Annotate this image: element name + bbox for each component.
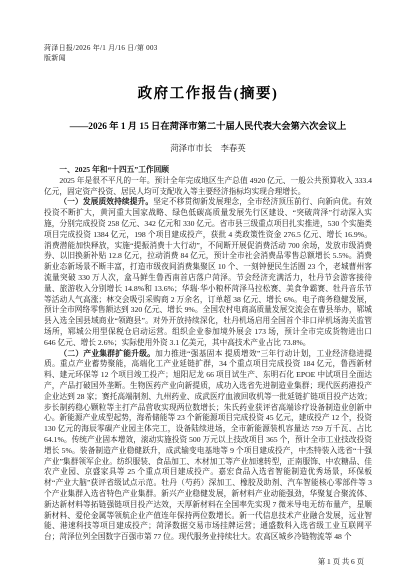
paragraph-lead: （一）发展质效持续提升。 (59, 197, 153, 206)
paragraph-section-1: （一）发展质效持续提升。坚定不移贯彻新发展理念，全市经济顶压前行、向新向优。有效… (44, 197, 372, 348)
report-body: 一、2025 年和“十四五”工作回顾 2025 年是很不平凡的一年。预计全年完成… (44, 165, 372, 543)
report-title: 政府工作报告(摘要) (44, 82, 372, 103)
paragraph-section-2: （二）产业集群扩能升级。加力推进“强基固本 提质增效”三年行动计划，工业经济稳进… (44, 349, 372, 543)
masthead-section-line: 版新闻 (44, 54, 372, 64)
report-subtitle: ——2026 年 1 月 15 日在菏泽市第二十届人民代表大会第六次会议上 (44, 118, 372, 132)
byline: 菏泽市市长 李春英 (44, 142, 372, 154)
section-heading: 一、2025 年和“十四五”工作回顾 (44, 165, 372, 176)
masthead: 菏泽日报/2026 年/1 月/16 日/第 003 版新闻 (44, 44, 372, 63)
paragraph-text: 加力推进“强基固本 提质增效”三年行动计划，工业经济稳进提质。重点产业蓄势聚能，… (44, 349, 372, 542)
paragraph-text: 2025 年是很不平凡的一年。预计全年完成地区生产总值 4920 亿元、一般公共… (44, 176, 372, 196)
masthead-source-line: 菏泽日报/2026 年/1 月/16 日/第 003 (44, 44, 372, 54)
paragraph-intro: 2025 年是很不平凡的一年。预计全年完成地区生产总值 4920 亿元、一般公共… (44, 176, 372, 198)
paragraph-lead: （二）产业集群扩能升级。 (59, 349, 155, 358)
document-page: 菏泽日报/2026 年/1 月/16 日/第 003 版新闻 政府工作报告(摘要… (0, 0, 410, 580)
paragraph-text: 坚定不移贯彻新发展理念，全市经济顶压前行、向新向优。有效投资不断扩大，黄河重大国… (44, 197, 372, 346)
page-number: 第 1 页 共 6 页 (44, 556, 372, 567)
